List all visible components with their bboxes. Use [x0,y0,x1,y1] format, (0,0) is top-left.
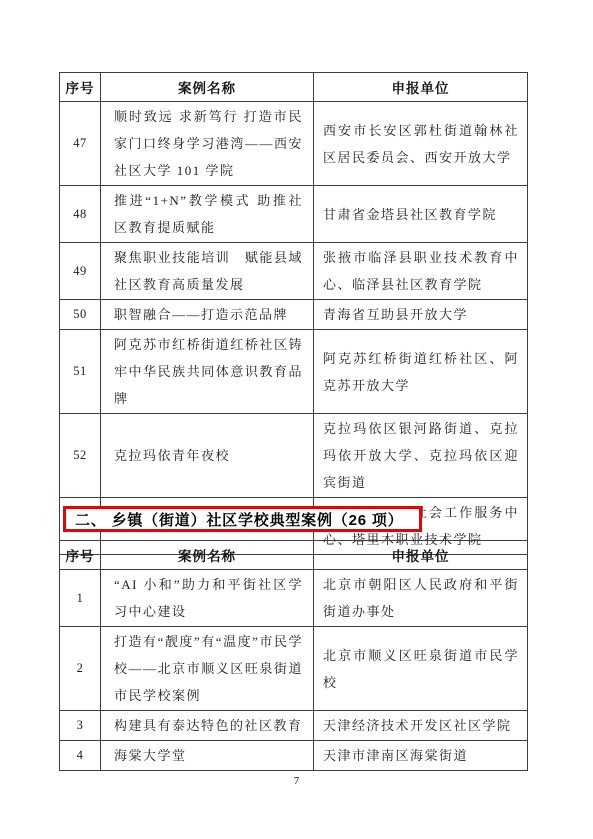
case-name-cell: “AI 小和”助力和平街社区学习中心建设 [101,570,314,627]
unit-cell: 阿克苏红桥街道红桥社区、阿克苏开放大学 [314,330,528,414]
table-row: 2打造有“靓度”有“温度”市民学校——北京市顺义区旺泉街道市民学校案例北京市顺义… [60,627,528,711]
case-number-cell: 47 [60,102,101,186]
table-row: 3构建具有泰达特色的社区教育天津经济技术开发区社区学院 [60,711,528,741]
case-name-cell: 构建具有泰达特色的社区教育 [101,711,314,741]
column-header-no: 序号 [60,73,101,102]
case-number-cell: 49 [60,243,101,300]
unit-cell: 北京市顺义区旺泉街道市民学校 [314,627,528,711]
case-name-cell: 海棠大学堂 [101,741,314,771]
table-row: 48推进“1+N”教学模式 助推社区教育提质赋能甘肃省金塔县社区教育学院 [60,186,528,243]
header-row: 序号案例名称申报单位 [60,541,528,570]
unit-cell: 甘肃省金塔县社区教育学院 [314,186,528,243]
unit-cell: 克拉玛依区银河路街道、克拉玛依开放大学、克拉玛依区迎宾街道 [314,414,528,498]
table-row: 51阿克苏市红桥街道红桥社区铸牢中华民族共同体意识教育品牌阿克苏红桥街道红桥社区… [60,330,528,414]
case-name-cell: 聚焦职业技能培训 赋能县域社区教育高质量发展 [101,243,314,300]
header-row: 序号案例名称申报单位 [60,73,528,102]
unit-cell: 张掖市临泽县职业技术教育中心、临泽县社区教育学院 [314,243,528,300]
case-name-cell: 阿克苏市红桥街道红桥社区铸牢中华民族共同体意识教育品牌 [101,330,314,414]
column-header-no: 序号 [60,541,101,570]
case-table-community-university: 序号案例名称申报单位47顺时致远 求新笃行 打造市民家门口终身学习港湾——西安社… [59,72,528,555]
case-name-cell: 打造有“靓度”有“温度”市民学校——北京市顺义区旺泉街道市民学校案例 [101,627,314,711]
unit-cell: 西安市长安区郭杜街道翰林社区居民委员会、西安开放大学 [314,102,528,186]
unit-cell: 青海省互助县开放大学 [314,300,528,330]
case-number-cell: 50 [60,300,101,330]
unit-cell: 天津经济技术开发区社区学院 [314,711,528,741]
section-highlight-box: 二、 乡镇（街道）社区学校典型案例（26 项） [63,506,422,532]
document-page: 序号案例名称申报单位47顺时致远 求新笃行 打造市民家门口终身学习港湾——西安社… [0,0,593,839]
case-name-cell: 推进“1+N”教学模式 助推社区教育提质赋能 [101,186,314,243]
table-row: 1“AI 小和”助力和平街社区学习中心建设北京市朝阳区人民政府和平街街道办事处 [60,570,528,627]
table-row: 50职智融合——打造示范品牌青海省互助县开放大学 [60,300,528,330]
case-name-cell: 顺时致远 求新笃行 打造市民家门口终身学习港湾——西安社区大学 101 学院 [101,102,314,186]
case-table-township-street: 序号案例名称申报单位1“AI 小和”助力和平街社区学习中心建设北京市朝阳区人民政… [59,540,528,771]
case-number-cell: 48 [60,186,101,243]
unit-cell: 北京市朝阳区人民政府和平街街道办事处 [314,570,528,627]
case-number-cell: 1 [60,570,101,627]
table-row: 52克拉玛依青年夜校克拉玛依区银河路街道、克拉玛依开放大学、克拉玛依区迎宾街道 [60,414,528,498]
table-row: 49聚焦职业技能培训 赋能县域社区教育高质量发展张掖市临泽县职业技术教育中心、临… [60,243,528,300]
column-header-case-name: 案例名称 [101,73,314,102]
column-header-unit: 申报单位 [314,541,528,570]
section-heading: 二、 乡镇（街道）社区学校典型案例（26 项） [75,509,403,530]
column-header-unit: 申报单位 [314,73,528,102]
case-number-cell: 51 [60,330,101,414]
case-number-cell: 52 [60,414,101,498]
table-row: 4海棠大学堂天津市津南区海棠街道 [60,741,528,771]
case-name-cell: 克拉玛依青年夜校 [101,414,314,498]
table-row: 47顺时致远 求新笃行 打造市民家门口终身学习港湾——西安社区大学 101 学院… [60,102,528,186]
unit-cell: 天津市津南区海棠街道 [314,741,528,771]
case-name-cell: 职智融合——打造示范品牌 [101,300,314,330]
case-number-cell: 2 [60,627,101,711]
case-number-cell: 3 [60,711,101,741]
page-number: 7 [0,775,593,787]
case-number-cell: 4 [60,741,101,771]
column-header-case-name: 案例名称 [101,541,314,570]
